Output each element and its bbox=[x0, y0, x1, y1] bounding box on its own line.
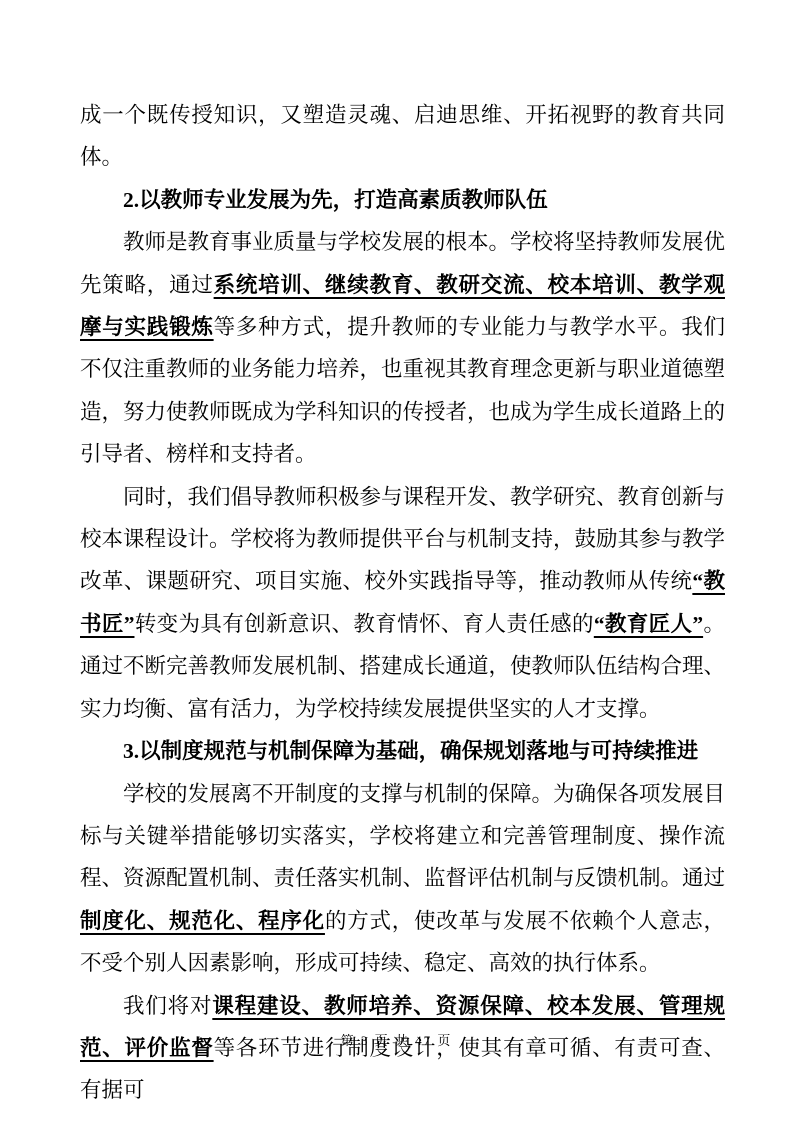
text-run: 2.以教师专业发展为先，打造高素质教师队伍 bbox=[123, 188, 548, 212]
page-footer: 第 3 页 共 47 页 bbox=[0, 1032, 793, 1050]
paragraph: 学校的发展离不开制度的支撑与机制的保障。为确保各项发展目标与关键举措能够切实落实… bbox=[80, 773, 725, 985]
paragraph: 教师是教育事业质量与学校发展的根本。学校将坚持教师发展优先策略，通过系统培训、继… bbox=[80, 221, 725, 475]
text-run: 3.以制度规范与机制保障为基础，确保规划落地与可持续推进 bbox=[123, 739, 698, 763]
paragraph: 成一个既传授知识，又塑造灵魂、启迪思维、开拓视野的教育共同体。 bbox=[80, 94, 725, 179]
document-page: 成一个既传授知识，又塑造灵魂、启迪思维、开拓视野的教育共同体。2.以教师专业发展… bbox=[0, 0, 793, 1122]
text-run: 同时，我们倡导教师积极参与课程开发、教学研究、教育创新与校本课程设计。学校将为教… bbox=[80, 485, 725, 594]
text-run: 我们将对 bbox=[123, 994, 212, 1018]
emphasized-underlined-text: 制度化、规范化、程序化 bbox=[80, 909, 325, 933]
footer-page-indicator: 第 3 页 共 47 页 bbox=[341, 1033, 453, 1048]
document-body: 成一个既传授知识，又塑造灵魂、启迪思维、开拓视野的教育共同体。2.以教师专业发展… bbox=[80, 94, 725, 1112]
text-run: 成一个既传授知识，又塑造灵魂、启迪思维、开拓视野的教育共同体。 bbox=[80, 103, 725, 169]
paragraph: 同时，我们倡导教师积极参与课程开发、教学研究、教育创新与校本课程设计。学校将为教… bbox=[80, 476, 725, 730]
emphasized-underlined-text: “教育匠人” bbox=[594, 612, 703, 636]
section-heading: 3.以制度规范与机制保障为基础，确保规划落地与可持续推进 bbox=[80, 730, 725, 772]
text-run: 转变为具有创新意识、教育情怀、育人责任感的 bbox=[134, 612, 593, 636]
text-run: 学校的发展离不开制度的支撑与机制的保障。为确保各项发展目标与关键举措能够切实落实… bbox=[80, 782, 725, 891]
section-heading: 2.以教师专业发展为先，打造高素质教师队伍 bbox=[80, 179, 725, 221]
